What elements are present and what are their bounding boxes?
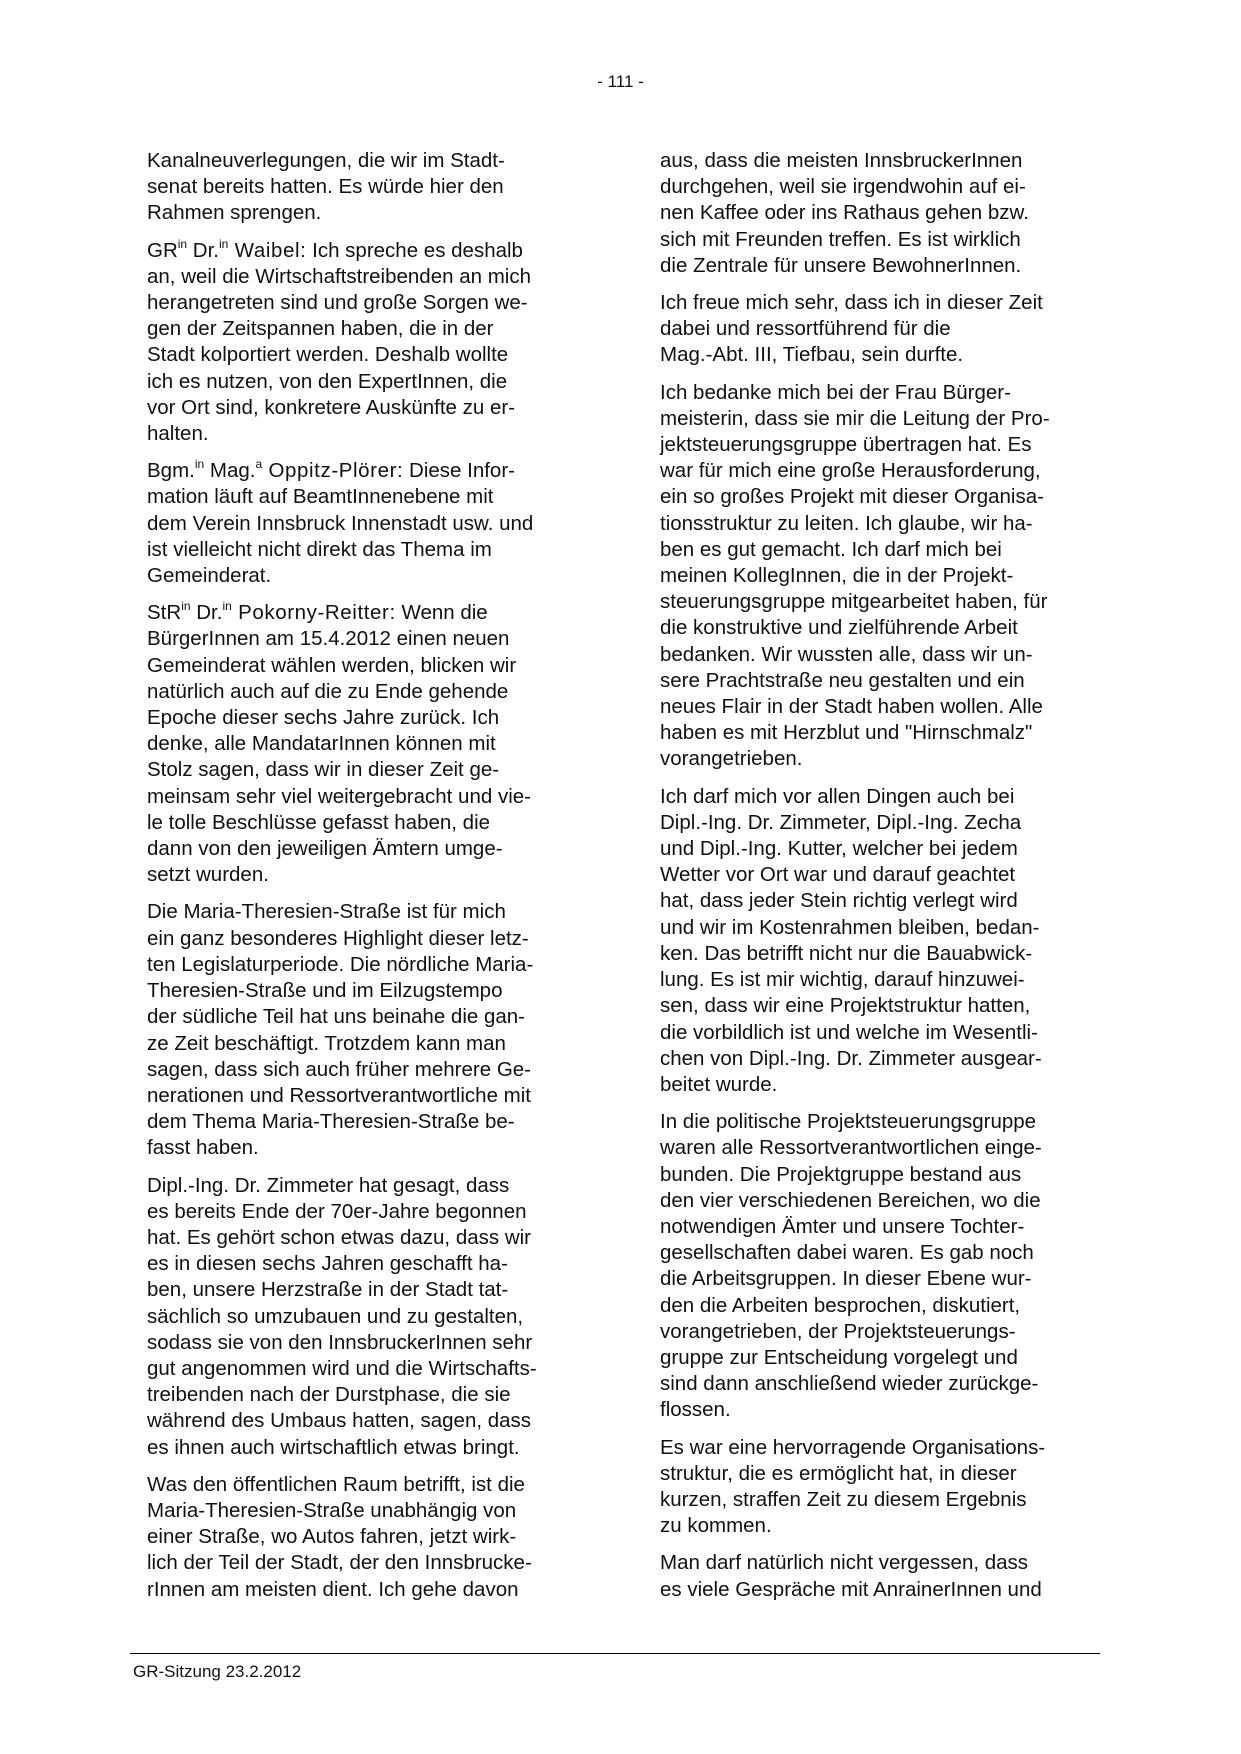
text-line: Wetter vor Ort war und darauf geachtet <box>660 862 1105 888</box>
text-line: und wir im Kostenrahmen bleiben, bedan- <box>660 915 1105 941</box>
text-line: ben, unsere Herzstraße in der Stadt tat- <box>147 1277 592 1303</box>
text-line: Maria-Theresien-Straße unabhängig von <box>147 1498 592 1524</box>
text-line: der südliche Teil hat uns beinahe die ga… <box>147 1004 592 1030</box>
text-line: mation läuft auf BeamtInnenebene mit <box>147 484 592 510</box>
speaker-surname: Waibel: <box>228 239 306 262</box>
text-line: ken. Das betrifft nicht nur die Bauabwic… <box>660 941 1105 967</box>
text-line: war für mich eine große Herausforderung, <box>660 458 1105 484</box>
paragraph: StRin Dr.in Pokorny-Reitter: Wenn dieBür… <box>147 600 592 888</box>
text-line: BürgerInnen am 15.4.2012 einen neuen <box>147 626 592 652</box>
text-line: sodass sie von den InnsbruckerInnen sehr <box>147 1330 592 1356</box>
text-line: le tolle Beschlüsse gefasst haben, die <box>147 810 592 836</box>
paragraph: aus, dass die meisten InnsbruckerInnendu… <box>660 148 1105 279</box>
text-line-content: Diese Infor- <box>403 459 515 482</box>
text-line: an, weil die Wirtschaftstreibenden an mi… <box>147 264 592 290</box>
text-line: Stadt kolportiert werden. Deshalb wollte <box>147 342 592 368</box>
text-line: Dipl.-Ing. Dr. Zimmeter hat gesagt, dass <box>147 1173 592 1199</box>
text-line: GRin Dr.in Waibel: Ich spreche es deshal… <box>147 238 592 264</box>
paragraph: Ich darf mich vor allen Dingen auch beiD… <box>660 784 1105 1098</box>
text-line: Man darf natürlich nicht vergessen, dass <box>660 1550 1105 1576</box>
text-line: fasst haben. <box>147 1135 592 1161</box>
speaker-name: Bgm.in Mag.a Oppitz-Plörer: <box>147 459 403 482</box>
text-line: natürlich auch auf die zu Ende gehende <box>147 679 592 705</box>
paragraph: Ich freue mich sehr, dass ich in dieser … <box>660 290 1105 369</box>
text-line: senat bereits hatten. Es würde hier den <box>147 174 592 200</box>
paragraph: Die Maria-Theresien-Straße ist für miche… <box>147 899 592 1161</box>
text-line: sind dann anschließend wieder zurückge- <box>660 1371 1105 1397</box>
text-line: gesellschaften dabei waren. Es gab noch <box>660 1240 1105 1266</box>
text-line: sen, dass wir eine Projektstruktur hatte… <box>660 993 1105 1019</box>
speaker-title: StR <box>147 601 181 624</box>
text-line: lich der Teil der Stadt, der den Innsbru… <box>147 1550 592 1576</box>
text-line: Mag.-Abt. III, Tiefbau, sein durfte. <box>660 342 1105 368</box>
text-line: aus, dass die meisten InnsbruckerInnen <box>660 148 1105 174</box>
text-line: bedanken. Wir wussten alle, dass wir un- <box>660 642 1105 668</box>
text-line: Stolz sagen, dass wir in dieser Zeit ge- <box>147 757 592 783</box>
text-line: In die politische Projektsteuerungsgrupp… <box>660 1109 1105 1135</box>
text-line: Bgm.in Mag.a Oppitz-Plörer: Diese Infor- <box>147 458 592 484</box>
text-line: sagen, dass sich auch früher mehrere Ge- <box>147 1057 592 1083</box>
text-line: die vorbildlich ist und welche im Wesent… <box>660 1020 1105 1046</box>
text-line: Epoche dieser sechs Jahre zurück. Ich <box>147 705 592 731</box>
speaker-degree-suffix: in <box>219 237 228 251</box>
text-line: haben es mit Herzblut und "Hirnschmalz" <box>660 720 1105 746</box>
text-line: steuerungsgruppe mitgearbeitet haben, fü… <box>660 589 1105 615</box>
text-line: den die Arbeiten besprochen, diskutiert, <box>660 1293 1105 1319</box>
text-line: hat, dass jeder Stein richtig verlegt wi… <box>660 888 1105 914</box>
text-line: Was den öffentlichen Raum betrifft, ist … <box>147 1472 592 1498</box>
speaker-title-suffix: in <box>178 237 187 251</box>
paragraph: Was den öffentlichen Raum betrifft, ist … <box>147 1472 592 1603</box>
text-line: gut angenommen wird und die Wirtschafts- <box>147 1356 592 1382</box>
text-line: Dipl.-Ing. Dr. Zimmeter, Dipl.-Ing. Zech… <box>660 810 1105 836</box>
text-line: treibenden nach der Durstphase, die sie <box>147 1382 592 1408</box>
paragraph: Man darf natürlich nicht vergessen, dass… <box>660 1550 1105 1602</box>
text-line: nerationen und Ressortverantwortliche mi… <box>147 1083 592 1109</box>
text-line: dabei und ressortführend für die <box>660 316 1105 342</box>
text-line: nen Kaffee oder ins Rathaus gehen bzw. <box>660 200 1105 226</box>
speaker-title: Bgm. <box>147 459 195 482</box>
text-line: Ich freue mich sehr, dass ich in dieser … <box>660 290 1105 316</box>
text-line: dann von den jeweiligen Ämtern umge- <box>147 836 592 862</box>
text-line: ich es nutzen, von den ExpertInnen, die <box>147 369 592 395</box>
text-line: es viele Gespräche mit AnrainerInnen und <box>660 1577 1105 1603</box>
page-number: - 111 - <box>0 72 1241 92</box>
text-line: jektsteuerungsgruppe übertragen hat. Es <box>660 432 1105 458</box>
text-line: dem Thema Maria-Theresien-Straße be- <box>147 1109 592 1135</box>
text-line: sächlich so umzubauen und zu gestalten, <box>147 1304 592 1330</box>
text-line: Ich bedanke mich bei der Frau Bürger- <box>660 380 1105 406</box>
text-line: setzt wurden. <box>147 862 592 888</box>
footer-divider <box>130 1653 1100 1654</box>
speaker-surname: Pokorny-Reitter: <box>232 601 396 624</box>
text-line: dem Verein Innsbruck Innenstadt usw. und <box>147 511 592 537</box>
text-line: meinen KollegInnen, die in der Projekt- <box>660 563 1105 589</box>
text-line: chen von Dipl.-Ing. Dr. Zimmeter ausgear… <box>660 1046 1105 1072</box>
text-line: vor Ort sind, konkretere Auskünfte zu er… <box>147 395 592 421</box>
text-line: Rahmen sprengen. <box>147 200 592 226</box>
text-line: StRin Dr.in Pokorny-Reitter: Wenn die <box>147 600 592 626</box>
right-column: aus, dass die meisten InnsbruckerInnendu… <box>660 148 1105 1614</box>
text-line: ein ganz besonderes Highlight dieser let… <box>147 926 592 952</box>
text-line: meisterin, dass sie mir die Leitung der … <box>660 406 1105 432</box>
paragraph: Kanalneuverlegungen, die wir im Stadt-se… <box>147 148 592 227</box>
text-line: es in diesen sechs Jahren geschafft ha- <box>147 1251 592 1277</box>
text-line-content: Ich spreche es deshalb <box>306 239 523 262</box>
text-line: Die Maria-Theresien-Straße ist für mich <box>147 899 592 925</box>
text-line: Es war eine hervorragende Organisations- <box>660 1435 1105 1461</box>
text-line: die Arbeitsgruppen. In dieser Ebene wur- <box>660 1266 1105 1292</box>
paragraph: Ich bedanke mich bei der Frau Bürger-mei… <box>660 380 1105 773</box>
paragraph: Bgm.in Mag.a Oppitz-Plörer: Diese Infor-… <box>147 458 592 589</box>
speaker-surname: Oppitz-Plörer: <box>262 459 403 482</box>
speaker-title-suffix: in <box>195 457 204 471</box>
text-line: ten Legislaturperiode. Die nördliche Mar… <box>147 952 592 978</box>
text-line: kurzen, straffen Zeit zu diesem Ergebnis <box>660 1487 1105 1513</box>
left-column: Kanalneuverlegungen, die wir im Stadt-se… <box>147 148 592 1614</box>
text-line: ist vielleicht nicht direkt das Thema im <box>147 537 592 563</box>
text-line: die konstruktive und zielführende Arbeit <box>660 615 1105 641</box>
text-line: den vier verschiedenen Bereichen, wo die <box>660 1188 1105 1214</box>
text-line: Gemeinderat wählen werden, blicken wir <box>147 653 592 679</box>
text-line: tionsstruktur zu leiten. Ich glaube, wir… <box>660 511 1105 537</box>
text-line: ben es gut gemacht. Ich darf mich bei <box>660 537 1105 563</box>
text-line: sere Prachtstraße neu gestalten und ein <box>660 668 1105 694</box>
speaker-name: GRin Dr.in Waibel: <box>147 239 306 262</box>
text-line: hat. Es gehört schon etwas dazu, dass wi… <box>147 1225 592 1251</box>
text-line: gen der Zeitspannen haben, die in der <box>147 316 592 342</box>
text-line: beitet wurde. <box>660 1072 1105 1098</box>
text-line: ze Zeit beschäftigt. Trotzdem kann man <box>147 1031 592 1057</box>
speaker-degree: Mag. <box>204 459 255 482</box>
speaker-degree: Dr. <box>187 239 219 262</box>
text-line: vorangetrieben, der Projektsteuerungs- <box>660 1319 1105 1345</box>
text-line: denke, alle MandatarInnen können mit <box>147 731 592 757</box>
text-line: herangetreten sind und große Sorgen we- <box>147 290 592 316</box>
text-line: während des Umbaus hatten, sagen, dass <box>147 1408 592 1434</box>
text-line: Ich darf mich vor allen Dingen auch bei <box>660 784 1105 810</box>
text-line: bunden. Die Projektgruppe bestand aus <box>660 1162 1105 1188</box>
text-line: ein so großes Projekt mit dieser Organis… <box>660 484 1105 510</box>
paragraph: GRin Dr.in Waibel: Ich spreche es deshal… <box>147 238 592 448</box>
text-line: die Zentrale für unsere BewohnerInnen. <box>660 253 1105 279</box>
text-line: gruppe zur Entscheidung vorgelegt und <box>660 1345 1105 1371</box>
paragraph: In die politische Projektsteuerungsgrupp… <box>660 1109 1105 1423</box>
text-line: rInnen am meisten dient. Ich gehe davon <box>147 1577 592 1603</box>
text-line: meinsam sehr viel weitergebracht und vie… <box>147 784 592 810</box>
text-line: waren alle Ressortverantwortlichen einge… <box>660 1135 1105 1161</box>
text-line: Gemeinderat. <box>147 563 592 589</box>
paragraph: Dipl.-Ing. Dr. Zimmeter hat gesagt, dass… <box>147 1173 592 1461</box>
text-line: und Dipl.-Ing. Kutter, welcher bei jedem <box>660 836 1105 862</box>
speaker-degree-suffix: in <box>222 599 231 613</box>
text-line: Theresien-Straße und im Eilzugstempo <box>147 978 592 1004</box>
text-line: flossen. <box>660 1397 1105 1423</box>
text-line: zu kommen. <box>660 1513 1105 1539</box>
speaker-name: StRin Dr.in Pokorny-Reitter: <box>147 601 396 624</box>
text-line: sich mit Freunden treffen. Es ist wirkli… <box>660 227 1105 253</box>
speaker-title: GR <box>147 239 178 262</box>
text-line: vorangetrieben. <box>660 746 1105 772</box>
paragraph: Es war eine hervorragende Organisations-… <box>660 1435 1105 1540</box>
speaker-title-suffix: in <box>181 599 190 613</box>
text-line-content: Wenn die <box>396 601 488 624</box>
text-line: Kanalneuverlegungen, die wir im Stadt- <box>147 148 592 174</box>
text-line: einer Straße, wo Autos fahren, jetzt wir… <box>147 1524 592 1550</box>
text-line: halten. <box>147 421 592 447</box>
text-line: es ihnen auch wirtschaftlich etwas bring… <box>147 1435 592 1461</box>
text-line: neues Flair in der Stadt haben wollen. A… <box>660 694 1105 720</box>
speaker-degree: Dr. <box>191 601 223 624</box>
text-line: durchgehen, weil sie irgendwohin auf ei- <box>660 174 1105 200</box>
text-line: es bereits Ende der 70er-Jahre begonnen <box>147 1199 592 1225</box>
text-line: notwendigen Ämter und unsere Tochter- <box>660 1214 1105 1240</box>
text-line: lung. Es ist mir wichtig, darauf hinzuwe… <box>660 967 1105 993</box>
text-line: struktur, die es ermöglicht hat, in dies… <box>660 1461 1105 1487</box>
footer-session-label: GR-Sitzung 23.2.2012 <box>133 1662 301 1682</box>
